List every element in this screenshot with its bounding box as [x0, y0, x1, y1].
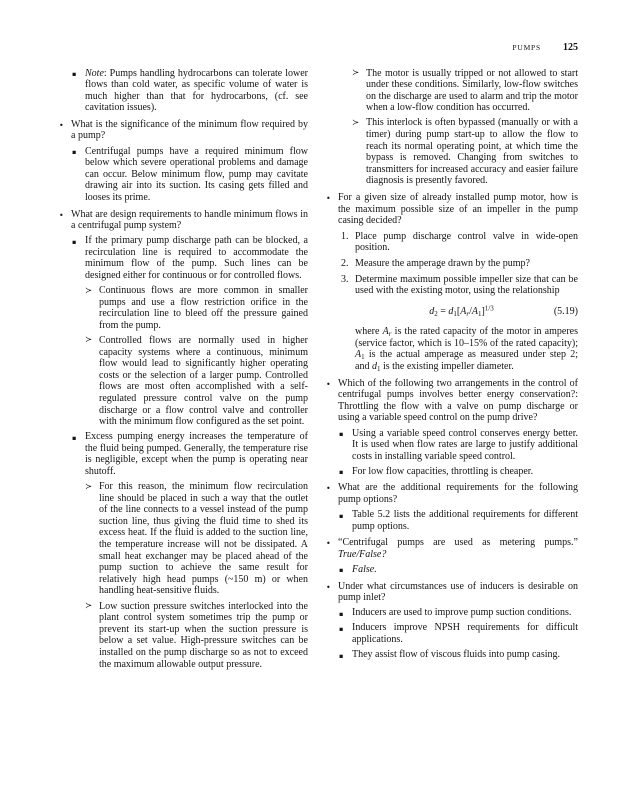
disc-bullet-icon: • [326, 538, 331, 550]
list-item: ≻For this reason, the minimum flow recir… [58, 481, 308, 597]
item-text: Measure the amperage drawn by the pump? [355, 258, 530, 269]
item-text: where Ar is the rated capacity of the mo… [355, 326, 578, 372]
text-run: What are design requirements to handle m… [71, 209, 308, 232]
item-text: Centrifugal pumps have a required minimu… [85, 146, 308, 203]
item-text: What are design requirements to handle m… [71, 209, 308, 232]
text-run: Place pump discharge control valve in wi… [355, 231, 578, 254]
page-number: 125 [563, 42, 578, 54]
list-item: •What is the significance of the minimum… [58, 119, 308, 142]
text-run: Continuous flows are more common in smal… [99, 285, 308, 331]
text-run: Table 5.2 lists the additional requireme… [352, 509, 578, 532]
arrow-bullet-icon: ≻ [85, 601, 92, 613]
equation-number: (5.19) [554, 306, 578, 318]
text-run: Determine maximum possible impeller size… [355, 274, 578, 297]
item-number: 2. [341, 258, 349, 270]
text-run: What is the significance of the minimum … [71, 119, 308, 142]
book-page: PUMPS 125 ▪Note: Pumps handling hydrocar… [0, 0, 617, 800]
text-run: Under what circumstances use of inducers… [338, 581, 578, 604]
list-item: •What are the additional requirements fo… [325, 482, 578, 505]
text-run: where [355, 326, 383, 337]
square-bullet-icon: ▪ [339, 624, 343, 636]
item-text: Note: Pumps handling hydrocarbons can to… [85, 68, 308, 114]
item-text: Under what circumstances use of inducers… [338, 581, 578, 604]
item-text: Inducers are used to improve pump suctio… [352, 607, 571, 618]
text-run: is the existing impeller diameter. [380, 361, 513, 372]
list-item: ▪Using a variable speed control conserve… [325, 428, 578, 463]
item-text: Using a variable speed control conserves… [352, 428, 578, 462]
list-item: ≻Low suction pressure switches interlock… [58, 601, 308, 671]
text-run: : Pumps handling hydrocarbons can tolera… [85, 68, 308, 114]
list-item: ▪Excess pumping energy increases the tem… [58, 431, 308, 477]
list-item: ▪Note: Pumps handling hydrocarbons can t… [58, 68, 308, 114]
item-text: If the primary pump discharge path can b… [85, 235, 308, 281]
list-item: ≻Continuous flows are more common in sma… [58, 285, 308, 331]
numbered-item: 2.Measure the amperage drawn by the pump… [325, 258, 578, 270]
item-text: The motor is usually tripped or not allo… [366, 68, 578, 114]
item-text: “Centrifugal pumps are used as metering … [338, 537, 578, 560]
item-text: For a given size of already installed pu… [338, 192, 578, 226]
disc-bullet-icon: • [326, 193, 331, 205]
square-bullet-icon: ▪ [339, 651, 343, 663]
square-bullet-icon: ▪ [72, 147, 76, 159]
list-item: ≻The motor is usually tripped or not all… [325, 68, 578, 114]
text-run: If the primary pump discharge path can b… [85, 235, 308, 281]
arrow-bullet-icon: ≻ [85, 335, 92, 347]
list-item: ▪They assist flow of viscous fluids into… [325, 649, 578, 661]
item-text: They assist flow of viscous fluids into … [352, 649, 560, 660]
text-run: True/False? [338, 549, 386, 560]
numbered-item: 1.Place pump discharge control valve in … [325, 231, 578, 254]
list-item: ▪Table 5.2 lists the additional requirem… [325, 509, 578, 532]
item-number: 3. [341, 274, 349, 286]
square-bullet-icon: ▪ [339, 429, 343, 441]
list-item: ▪False. [325, 564, 578, 576]
two-column-layout: ▪Note: Pumps handling hydrocarbons can t… [58, 64, 578, 670]
text-run: For this reason, the minimum flow recirc… [99, 481, 308, 596]
item-text: This interlock is often bypassed (manual… [366, 117, 578, 186]
square-bullet-icon: ▪ [72, 69, 76, 81]
equation: d2 = d1[Ar/A1]1/3(5.19) [325, 306, 578, 318]
text-run: Using a variable speed control conserves… [352, 428, 578, 462]
item-text: What is the significance of the minimum … [71, 119, 308, 142]
square-bullet-icon: ▪ [339, 511, 343, 523]
item-text: Determine maximum possible impeller size… [355, 274, 578, 297]
item-text: What are the additional requirements for… [338, 482, 578, 505]
list-item: •Which of the following two arrangements… [325, 378, 578, 424]
list-item: •Under what circumstances use of inducer… [325, 581, 578, 604]
list-item: ▪Inducers improve NPSH requirements for … [325, 622, 578, 645]
item-text: Which of the following two arrangements … [338, 378, 578, 424]
text-run: This interlock is often bypassed (manual… [366, 117, 578, 186]
right-column: ≻The motor is usually tripped or not all… [325, 64, 578, 670]
square-bullet-icon: ▪ [339, 609, 343, 621]
list-item: •What are design requirements to handle … [58, 209, 308, 232]
text-run: = [438, 306, 449, 317]
equation-body: d2 = d1[Ar/A1]1/3 [429, 306, 494, 317]
running-title: PUMPS [512, 42, 541, 54]
item-text: Excess pumping energy increases the temp… [85, 431, 308, 477]
item-text: Continuous flows are more common in smal… [99, 285, 308, 331]
text-run: “Centrifugal pumps are used as metering … [338, 537, 578, 548]
disc-bullet-icon: • [59, 210, 64, 222]
text-run: Note [85, 68, 104, 79]
text-run: 1/3 [485, 304, 494, 312]
text-run: Measure the amperage drawn by the pump? [355, 258, 530, 269]
arrow-bullet-icon: ≻ [352, 118, 359, 130]
item-text: Table 5.2 lists the additional requireme… [352, 509, 578, 532]
disc-bullet-icon: • [59, 120, 64, 132]
square-bullet-icon: ▪ [72, 237, 76, 249]
text-run: For low flow capacities, throttling is c… [352, 466, 533, 477]
disc-bullet-icon: • [326, 379, 331, 391]
item-text: For this reason, the minimum flow recirc… [99, 481, 308, 596]
arrow-bullet-icon: ≻ [85, 482, 92, 494]
text-run: Inducers improve NPSH requirements for d… [352, 622, 578, 645]
text-run: Centrifugal pumps have a required minimu… [85, 146, 308, 203]
text-run: Excess pumping energy increases the temp… [85, 431, 308, 477]
text-run: The motor is usually tripped or not allo… [366, 68, 578, 114]
list-item: •“Centrifugal pumps are used as metering… [325, 537, 578, 560]
arrow-bullet-icon: ≻ [85, 286, 92, 298]
list-item: ≻Controlled flows are normally used in h… [58, 335, 308, 428]
text-run: They assist flow of viscous fluids into … [352, 649, 560, 660]
arrow-bullet-icon: ≻ [352, 68, 359, 80]
disc-bullet-icon: • [326, 483, 331, 495]
square-bullet-icon: ▪ [339, 467, 343, 479]
numbered-item: 3.Determine maximum possible impeller si… [325, 274, 578, 297]
disc-bullet-icon: • [326, 582, 331, 594]
item-text: False. [352, 564, 377, 575]
text-run: Inducers are used to improve pump suctio… [352, 607, 571, 618]
list-item: ≻This interlock is often bypassed (manua… [325, 117, 578, 187]
text-run: For a given size of already installed pu… [338, 192, 578, 226]
text-run: Low suction pressure switches interlocke… [99, 601, 308, 670]
left-column: ▪Note: Pumps handling hydrocarbons can t… [58, 64, 308, 670]
list-item: ▪Inducers are used to improve pump sucti… [325, 607, 578, 619]
list-item: ▪Centrifugal pumps have a required minim… [58, 146, 308, 204]
text-run: Which of the following two arrangements … [338, 378, 578, 424]
text-run: False. [352, 564, 377, 575]
paragraph: where Ar is the rated capacity of the mo… [325, 326, 578, 372]
item-text: For low flow capacities, throttling is c… [352, 466, 533, 477]
text-run: What are the additional requirements for… [338, 482, 578, 505]
item-number: 1. [341, 231, 349, 243]
item-text: Place pump discharge control valve in wi… [355, 231, 578, 254]
list-item: ▪If the primary pump discharge path can … [58, 235, 308, 281]
list-item: •For a given size of already installed p… [325, 192, 578, 227]
list-item: ▪For low flow capacities, throttling is … [325, 466, 578, 478]
square-bullet-icon: ▪ [339, 565, 343, 577]
square-bullet-icon: ▪ [72, 433, 76, 445]
item-text: Inducers improve NPSH requirements for d… [352, 622, 578, 645]
item-text: Controlled flows are normally used in hi… [99, 335, 308, 427]
item-text: Low suction pressure switches interlocke… [99, 601, 308, 670]
page-header: PUMPS 125 [322, 42, 578, 54]
text-run: Controlled flows are normally used in hi… [99, 335, 308, 427]
